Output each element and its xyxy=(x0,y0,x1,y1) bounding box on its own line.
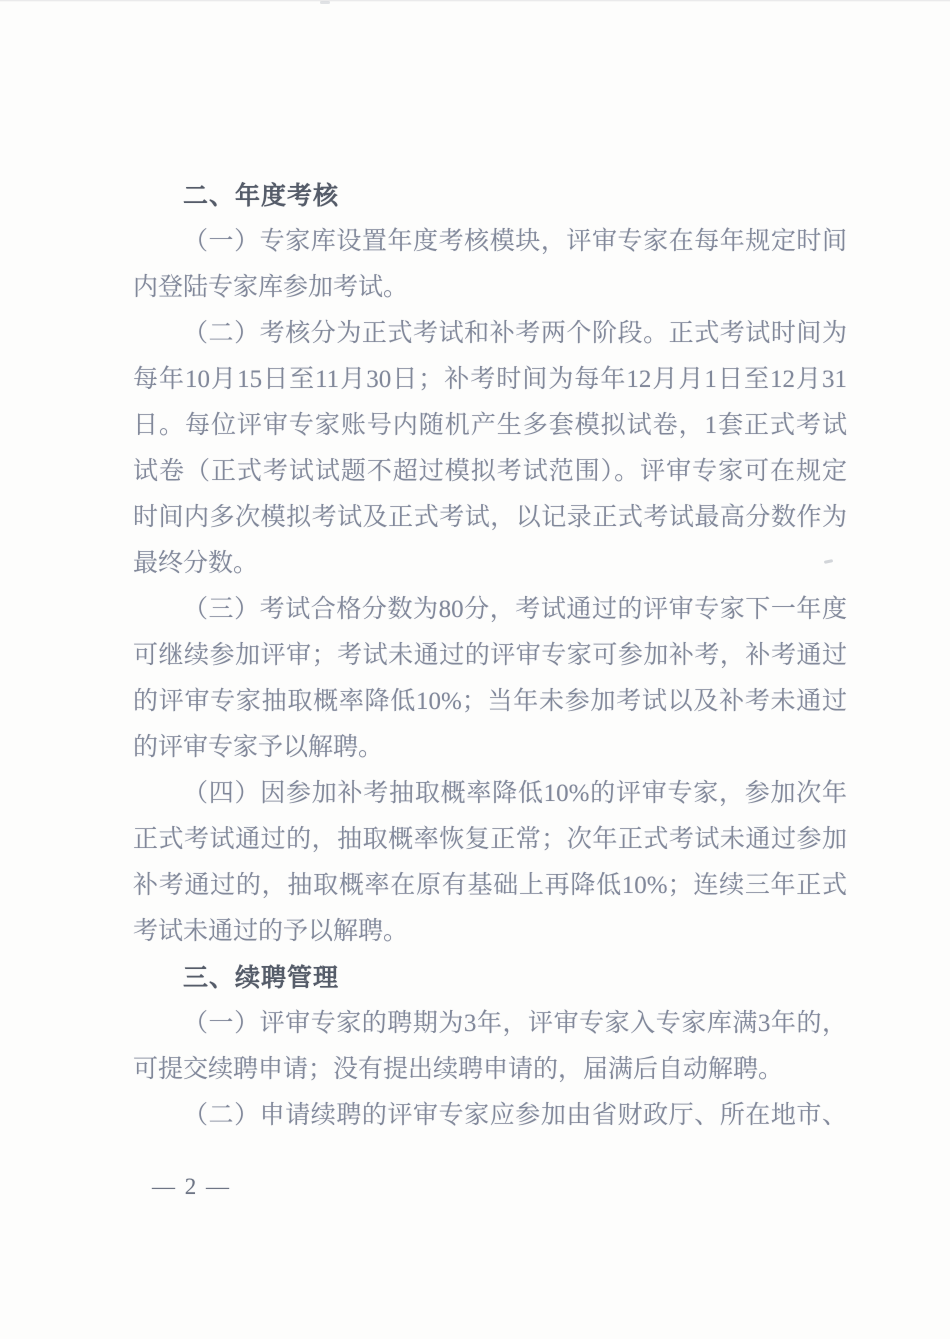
text-line: （二）考核分为正式考试和补考两个阶段。正式考试时间为 xyxy=(133,311,847,357)
text-line: 每年10月15日至11月30日；补考时间为每年12月月1日至12月31 xyxy=(133,357,847,403)
scan-edge-artifact xyxy=(0,0,950,2)
text-line: 试卷（正式考试试题不超过模拟考试范围）。评审专家可在规定 xyxy=(133,449,847,495)
section-2-heading: 二、年度考核 xyxy=(133,173,847,219)
text-line: （一）专家库设置年度考核模块，评审专家在每年规定时间 xyxy=(133,219,847,265)
text-line: 考试未通过的予以解聘。 xyxy=(133,909,847,955)
page-number: — 2 — xyxy=(152,1174,231,1200)
text-line: （二）申请续聘的评审专家应参加由省财政厅、所在地市、 xyxy=(133,1093,847,1139)
document-page: 二、年度考核 （一）专家库设置年度考核模块，评审专家在每年规定时间 内登陆专家库… xyxy=(0,0,950,1339)
text-line: 可继续参加评审；考试未通过的评审专家可参加补考，补考通过 xyxy=(133,633,847,679)
scan-speck xyxy=(320,1,330,4)
text-line: （一）评审专家的聘期为3年，评审专家入专家库满3年的， xyxy=(133,1001,847,1047)
text-line: （四）因参加补考抽取概率降低10%的评审专家，参加次年 xyxy=(133,771,847,817)
text-line: 的评审专家予以解聘。 xyxy=(133,725,847,771)
text-line: 补考通过的，抽取概率在原有基础上再降低10%；连续三年正式 xyxy=(133,863,847,909)
text-line: 可提交续聘申请；没有提出续聘申请的，届满后自动解聘。 xyxy=(133,1047,847,1093)
text-line: 最终分数。 xyxy=(133,541,847,587)
text-line: 内登陆专家库参加考试。 xyxy=(133,265,847,311)
text-line: 正式考试通过的，抽取概率恢复正常；次年正式考试未通过参加 xyxy=(133,817,847,863)
document-body: 二、年度考核 （一）专家库设置年度考核模块，评审专家在每年规定时间 内登陆专家库… xyxy=(133,173,847,1139)
text-line: 时间内多次模拟考试及正式考试，以记录正式考试最高分数作为 xyxy=(133,495,847,541)
text-line: 日。每位评审专家账号内随机产生多套模拟试卷，1套正式考试 xyxy=(133,403,847,449)
section-3-heading: 三、续聘管理 xyxy=(133,955,847,1001)
text-line: 的评审专家抽取概率降低10%；当年未参加考试以及补考未通过 xyxy=(133,679,847,725)
text-line: （三）考试合格分数为80分，考试通过的评审专家下一年度 xyxy=(133,587,847,633)
